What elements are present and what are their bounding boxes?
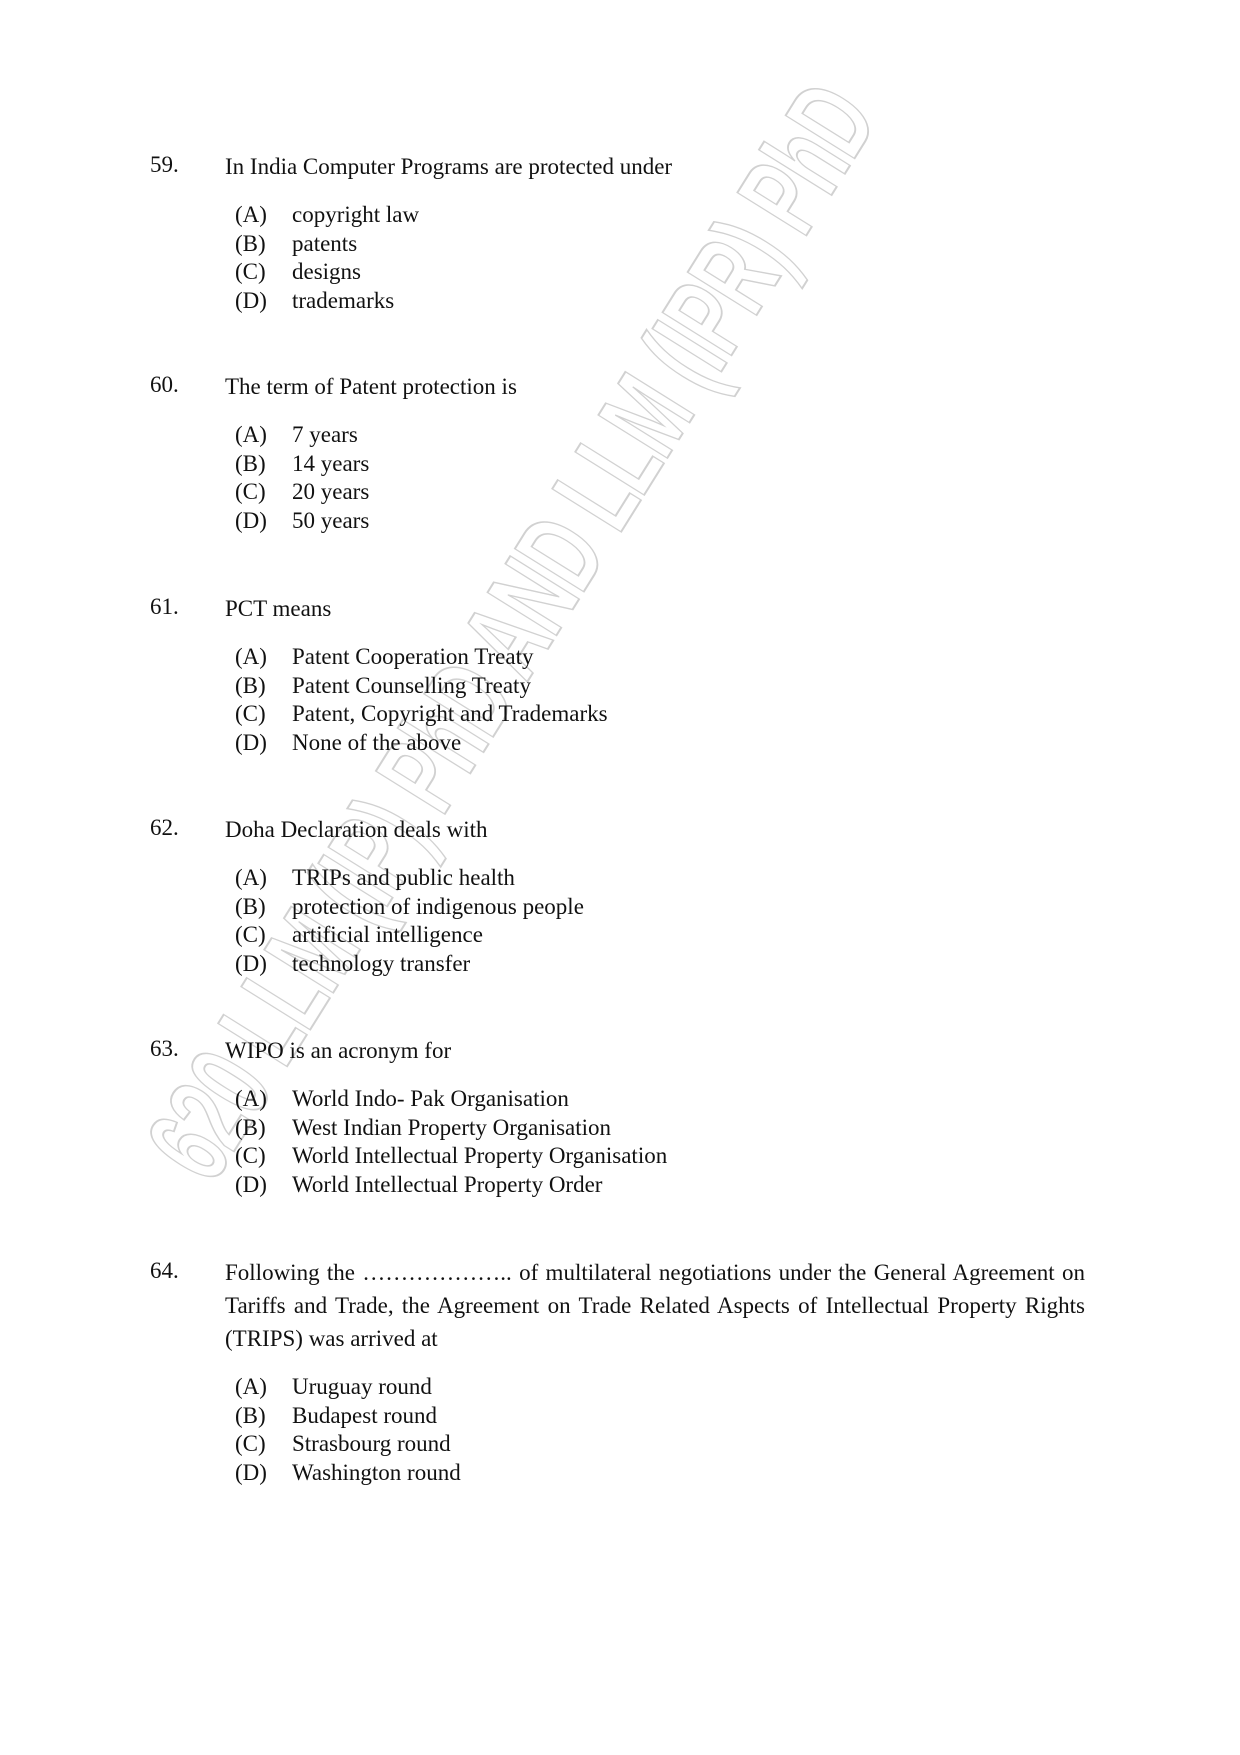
option-c: (C)Strasbourg round bbox=[235, 1430, 1085, 1459]
option-text: patents bbox=[292, 230, 357, 259]
option-label: (C) bbox=[235, 478, 292, 507]
exam-page: 620 LLM (IP) PhD AND LLM (IPR) PhD 59. I… bbox=[0, 0, 1240, 1755]
question-text: Doha Declaration deals with bbox=[225, 813, 1085, 846]
option-label: (A) bbox=[235, 864, 292, 893]
options-list: (A)Uruguay round (B)Budapest round (C)St… bbox=[235, 1373, 1085, 1487]
question-text: The term of Patent protection is bbox=[225, 370, 1085, 403]
option-text: Uruguay round bbox=[292, 1373, 432, 1402]
question-text: WIPO is an acronym for bbox=[225, 1034, 1085, 1067]
option-d: (D)trademarks bbox=[235, 287, 1085, 316]
option-text: World Indo- Pak Organisation bbox=[292, 1085, 569, 1114]
option-c: (C)Patent, Copyright and Trademarks bbox=[235, 700, 1085, 729]
option-label: (C) bbox=[235, 1430, 292, 1459]
option-label: (A) bbox=[235, 201, 292, 230]
options-list: (A)7 years (B)14 years (C)20 years (D)50… bbox=[235, 421, 1085, 535]
option-d: (D)None of the above bbox=[235, 729, 1085, 758]
option-label: (B) bbox=[235, 893, 292, 922]
question-number: 62. bbox=[150, 813, 179, 843]
option-text: 14 years bbox=[292, 450, 369, 479]
option-text: Patent Counselling Treaty bbox=[292, 672, 531, 701]
option-label: (D) bbox=[235, 287, 292, 316]
option-text: TRIPs and public health bbox=[292, 864, 515, 893]
option-label: (B) bbox=[235, 1402, 292, 1431]
question-number: 61. bbox=[150, 592, 179, 622]
question-number: 60. bbox=[150, 370, 179, 400]
option-label: (A) bbox=[235, 421, 292, 450]
option-text: Budapest round bbox=[292, 1402, 437, 1431]
option-label: (B) bbox=[235, 1114, 292, 1143]
option-a: (A)TRIPs and public health bbox=[235, 864, 1085, 893]
option-text: World Intellectual Property Order bbox=[292, 1171, 602, 1200]
option-label: (B) bbox=[235, 672, 292, 701]
options-list: (A)copyright law (B)patents (C)designs (… bbox=[235, 201, 1085, 315]
option-text: copyright law bbox=[292, 201, 419, 230]
options-list: (A)Patent Cooperation Treaty (B)Patent C… bbox=[235, 643, 1085, 757]
question-60: 60. The term of Patent protection is (A)… bbox=[150, 370, 1085, 535]
option-label: (A) bbox=[235, 643, 292, 672]
option-text: Washington round bbox=[292, 1459, 461, 1488]
question-63: 63. WIPO is an acronym for (A)World Indo… bbox=[150, 1034, 1085, 1199]
option-text: 7 years bbox=[292, 421, 358, 450]
option-d: (D)Washington round bbox=[235, 1459, 1085, 1488]
option-label: (D) bbox=[235, 1459, 292, 1488]
option-a: (A)Uruguay round bbox=[235, 1373, 1085, 1402]
option-text: protection of indigenous people bbox=[292, 893, 584, 922]
option-label: (A) bbox=[235, 1085, 292, 1114]
option-text: artificial intelligence bbox=[292, 921, 483, 950]
option-c: (C)World Intellectual Property Organisat… bbox=[235, 1142, 1085, 1171]
option-a: (A)7 years bbox=[235, 421, 1085, 450]
question-text: In India Computer Programs are protected… bbox=[225, 150, 1085, 183]
question-59: 59. In India Computer Programs are prote… bbox=[150, 150, 1085, 315]
option-c: (C)20 years bbox=[235, 478, 1085, 507]
question-number: 64. bbox=[150, 1256, 179, 1286]
option-text: 50 years bbox=[292, 507, 369, 536]
option-text: Patent Cooperation Treaty bbox=[292, 643, 533, 672]
option-a: (A)copyright law bbox=[235, 201, 1085, 230]
option-text: Patent, Copyright and Trademarks bbox=[292, 700, 608, 729]
option-text: technology transfer bbox=[292, 950, 470, 979]
options-list: (A)World Indo- Pak Organisation (B)West … bbox=[235, 1085, 1085, 1199]
option-text: West Indian Property Organisation bbox=[292, 1114, 611, 1143]
option-label: (A) bbox=[235, 1373, 292, 1402]
option-text: 20 years bbox=[292, 478, 369, 507]
option-label: (C) bbox=[235, 921, 292, 950]
option-b: (B)patents bbox=[235, 230, 1085, 259]
question-64: 64. Following the ……………….. of multilater… bbox=[150, 1256, 1085, 1487]
option-label: (B) bbox=[235, 230, 292, 259]
option-b: (B)Patent Counselling Treaty bbox=[235, 672, 1085, 701]
question-text: Following the ……………….. of multilateral n… bbox=[225, 1256, 1085, 1355]
option-text: World Intellectual Property Organisation bbox=[292, 1142, 667, 1171]
option-a: (A)Patent Cooperation Treaty bbox=[235, 643, 1085, 672]
option-label: (B) bbox=[235, 450, 292, 479]
option-label: (D) bbox=[235, 729, 292, 758]
option-label: (D) bbox=[235, 1171, 292, 1200]
option-label: (C) bbox=[235, 1142, 292, 1171]
option-b: (B)14 years bbox=[235, 450, 1085, 479]
option-label: (D) bbox=[235, 507, 292, 536]
question-61: 61. PCT means (A)Patent Cooperation Trea… bbox=[150, 592, 1085, 757]
question-62: 62. Doha Declaration deals with (A)TRIPs… bbox=[150, 813, 1085, 978]
option-text: None of the above bbox=[292, 729, 461, 758]
option-d: (D)technology transfer bbox=[235, 950, 1085, 979]
option-b: (B)protection of indigenous people bbox=[235, 893, 1085, 922]
option-a: (A)World Indo- Pak Organisation bbox=[235, 1085, 1085, 1114]
question-number: 59. bbox=[150, 150, 179, 180]
option-b: (B)Budapest round bbox=[235, 1402, 1085, 1431]
question-number: 63. bbox=[150, 1034, 179, 1064]
option-text: designs bbox=[292, 258, 361, 287]
option-d: (D)World Intellectual Property Order bbox=[235, 1171, 1085, 1200]
option-label: (D) bbox=[235, 950, 292, 979]
option-label: (C) bbox=[235, 700, 292, 729]
option-b: (B)West Indian Property Organisation bbox=[235, 1114, 1085, 1143]
option-text: Strasbourg round bbox=[292, 1430, 451, 1459]
option-c: (C)artificial intelligence bbox=[235, 921, 1085, 950]
option-text: trademarks bbox=[292, 287, 394, 316]
option-label: (C) bbox=[235, 258, 292, 287]
question-text: PCT means bbox=[225, 592, 1085, 625]
options-list: (A)TRIPs and public health (B)protection… bbox=[235, 864, 1085, 978]
option-d: (D)50 years bbox=[235, 507, 1085, 536]
option-c: (C)designs bbox=[235, 258, 1085, 287]
